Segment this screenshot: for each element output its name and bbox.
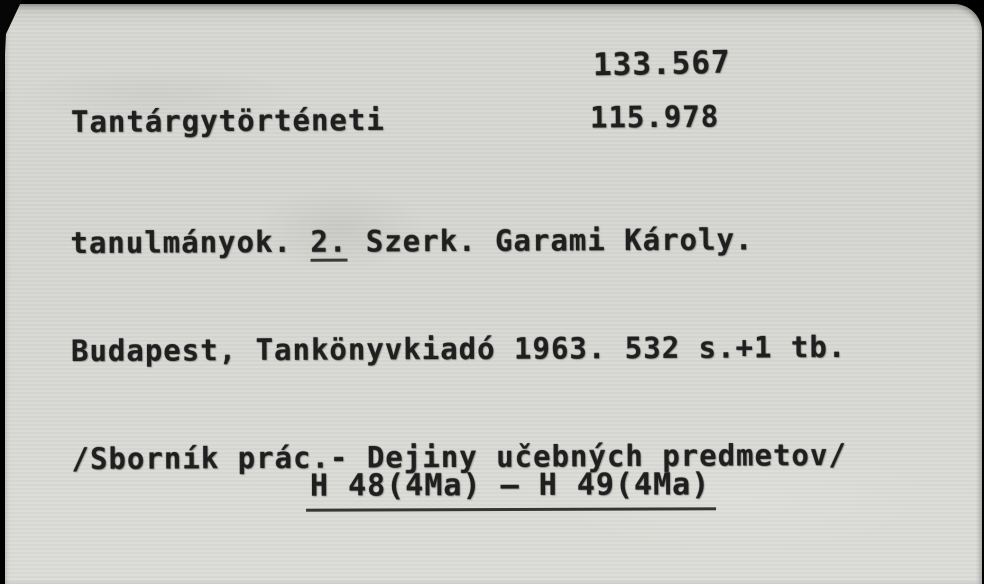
call-number-secondary: 115.978 (590, 99, 720, 134)
catalog-card: 133.567 115.978 Tantárgytörténeti tanulm… (5, 4, 982, 584)
body-line-1-post: Szerk. Garami Károly. (347, 222, 753, 258)
body-line-2: Budapest, Tankönyvkiadó 1963. 532 s.+1 t… (71, 329, 846, 369)
call-number-primary: 133.567 (593, 45, 731, 84)
body-line-1: tanulmányok. 2. Szerk. Garami Károly. (70, 221, 845, 261)
shelf-mark: H 48(4Ma) – H 49(4Ma) (306, 467, 716, 511)
body-line-1-pre: tanulmányok. (70, 225, 310, 260)
volume-number: 2. (310, 225, 347, 262)
title-heading: Tantárgytörténeti (71, 103, 385, 139)
